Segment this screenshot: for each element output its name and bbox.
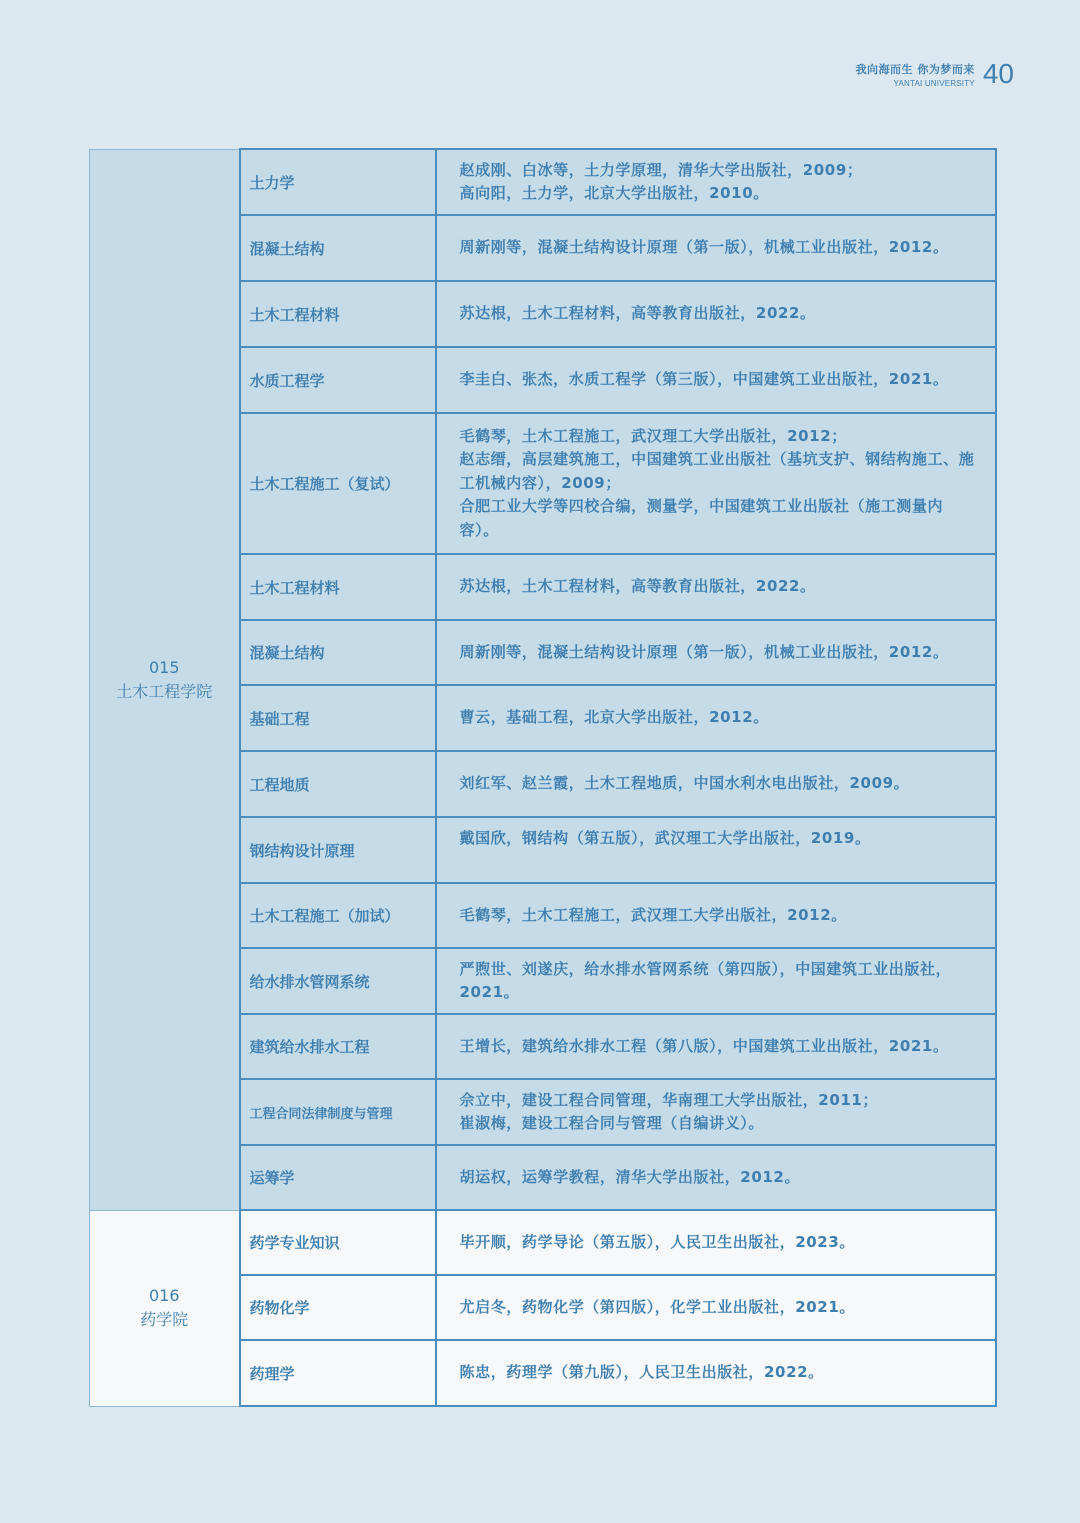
reference-line: 毕开顺，药学导论（第五版），人民卫生出版社，2023。 — [460, 1231, 975, 1255]
reference-cell: 毕开顺，药学导论（第五版），人民卫生出版社，2023。 — [436, 1210, 996, 1275]
reference-line: 戴国欣，钢结构（第五版），武汉理工大学出版社，2019。 — [460, 827, 975, 851]
reference-line: 合肥工业大学等四校合编，测量学，中国建筑工业出版社（施工测量内容）。 — [460, 495, 975, 542]
course-name: 混凝土结构 — [240, 620, 436, 685]
reference-cell: 曹云，基础工程，北京大学出版社，2012。 — [436, 685, 996, 751]
page-header: 我向海而生 你为梦而来 YANTAI UNIVERSITY 40 — [856, 60, 1015, 88]
reference-line: 周新刚等，混凝土结构设计原理（第一版），机械工业出版社，2012。 — [460, 236, 975, 260]
course-name: 土力学 — [240, 149, 436, 215]
page-number: 40 — [983, 60, 1014, 88]
course-name: 土木工程施工（复试） — [240, 413, 436, 554]
reference-cell: 胡运权，运筹学教程，清华大学出版社，2012。 — [436, 1145, 996, 1210]
reference-cell: 尤启冬，药物化学（第四版），化学工业出版社，2021。 — [436, 1275, 996, 1340]
course-name: 水质工程学 — [240, 347, 436, 413]
reference-line: 佘立中，建设工程合同管理，华南理工大学出版社，2011； — [460, 1089, 975, 1113]
course-name: 土木工程材料 — [240, 554, 436, 620]
reference-cell: 赵成刚、白冰等，土力学原理，清华大学出版社，2009； 高向阳，土力学，北京大学… — [436, 149, 996, 215]
course-name: 土木工程施工（加试） — [240, 883, 436, 948]
slogan: 我向海而生 你为梦而来 — [856, 61, 975, 77]
reference-line: 胡运权，运筹学教程，清华大学出版社，2012。 — [460, 1166, 975, 1190]
course-name: 药物化学 — [240, 1275, 436, 1340]
reference-line: 苏达根，土木工程材料，高等教育出版社，2022。 — [460, 575, 975, 599]
reference-cell: 李圭白、张杰，水质工程学（第三版），中国建筑工业出版社，2021。 — [436, 347, 996, 413]
reference-line: 高向阳，土力学，北京大学出版社，2010。 — [460, 182, 975, 206]
reference-line: 李圭白、张杰，水质工程学（第三版），中国建筑工业出版社，2021。 — [460, 368, 975, 392]
reference-cell: 周新刚等，混凝土结构设计原理（第一版），机械工业出版社，2012。 — [436, 215, 996, 281]
college-name: 药学院 — [90, 1308, 239, 1332]
university-name: YANTAI UNIVERSITY — [894, 79, 975, 88]
college-code: 016 — [90, 1284, 239, 1308]
table-row: 016 药学院 药学专业知识 毕开顺，药学导论（第五版），人民卫生出版社，202… — [90, 1210, 996, 1275]
reference-line: 苏达根，土木工程材料，高等教育出版社，2022。 — [460, 302, 975, 326]
college-cell: 016 药学院 — [90, 1210, 240, 1406]
course-reference-table: 015 土木工程学院 土力学 赵成刚、白冰等，土力学原理，清华大学出版社，200… — [89, 148, 997, 1407]
course-name: 建筑给水排水工程 — [240, 1014, 436, 1079]
reference-line: 尤启冬，药物化学（第四版），化学工业出版社，2021。 — [460, 1296, 975, 1320]
reference-line: 陈忠，药理学（第九版），人民卫生出版社，2022。 — [460, 1361, 975, 1385]
course-name: 基础工程 — [240, 685, 436, 751]
reference-line: 周新刚等，混凝土结构设计原理（第一版），机械工业出版社，2012。 — [460, 641, 975, 665]
reference-cell: 佘立中，建设工程合同管理，华南理工大学出版社，2011； 崔淑梅，建设工程合同与… — [436, 1079, 996, 1145]
reference-line: 曹云，基础工程，北京大学出版社，2012。 — [460, 706, 975, 730]
course-name: 给水排水管网系统 — [240, 948, 436, 1014]
reference-line: 毛鹤琴，土木工程施工，武汉理工大学出版社，2012； — [460, 425, 975, 449]
course-name: 药学专业知识 — [240, 1210, 436, 1275]
reference-line: 赵成刚、白冰等，土力学原理，清华大学出版社，2009； — [460, 159, 975, 183]
table-row: 015 土木工程学院 土力学 赵成刚、白冰等，土力学原理，清华大学出版社，200… — [90, 149, 996, 215]
reference-cell: 苏达根，土木工程材料，高等教育出版社，2022。 — [436, 554, 996, 620]
course-name: 药理学 — [240, 1340, 436, 1406]
reference-cell: 毛鹤琴，土木工程施工，武汉理工大学出版社，2012； 赵志缙，高层建筑施工，中国… — [436, 413, 996, 554]
course-name: 钢结构设计原理 — [240, 817, 436, 883]
reference-cell: 戴国欣，钢结构（第五版），武汉理工大学出版社，2019。 — [436, 817, 996, 883]
college-code: 015 — [90, 656, 239, 680]
reference-cell: 刘红军、赵兰霞，土木工程地质，中国水利水电出版社，2009。 — [436, 751, 996, 817]
reference-cell: 毛鹤琴，土木工程施工，武汉理工大学出版社，2012。 — [436, 883, 996, 948]
reference-line: 刘红军、赵兰霞，土木工程地质，中国水利水电出版社，2009。 — [460, 772, 975, 796]
college-cell: 015 土木工程学院 — [90, 149, 240, 1210]
course-name: 工程合同法律制度与管理 — [240, 1079, 436, 1145]
course-name: 土木工程材料 — [240, 281, 436, 347]
header-text: 我向海而生 你为梦而来 YANTAI UNIVERSITY — [856, 61, 975, 88]
reference-cell: 王增长，建筑给水排水工程（第八版），中国建筑工业出版社，2021。 — [436, 1014, 996, 1079]
reference-line: 严煦世、刘遂庆，给水排水管网系统（第四版），中国建筑工业出版社，2021。 — [460, 958, 975, 1005]
reference-cell: 苏达根，土木工程材料，高等教育出版社，2022。 — [436, 281, 996, 347]
college-name: 土木工程学院 — [90, 680, 239, 704]
course-name: 运筹学 — [240, 1145, 436, 1210]
course-name: 混凝土结构 — [240, 215, 436, 281]
reference-cell: 严煦世、刘遂庆，给水排水管网系统（第四版），中国建筑工业出版社，2021。 — [436, 948, 996, 1014]
reference-cell: 陈忠，药理学（第九版），人民卫生出版社，2022。 — [436, 1340, 996, 1406]
reference-line: 毛鹤琴，土木工程施工，武汉理工大学出版社，2012。 — [460, 904, 975, 928]
reference-cell: 周新刚等，混凝土结构设计原理（第一版），机械工业出版社，2012。 — [436, 620, 996, 685]
course-name: 工程地质 — [240, 751, 436, 817]
reference-line: 崔淑梅，建设工程合同与管理（自编讲义）。 — [460, 1112, 975, 1136]
reference-line: 赵志缙，高层建筑施工，中国建筑工业出版社（基坑支护、钢结构施工、施工机械内容），… — [460, 448, 975, 495]
reference-line: 王增长，建筑给水排水工程（第八版），中国建筑工业出版社，2021。 — [460, 1035, 975, 1059]
